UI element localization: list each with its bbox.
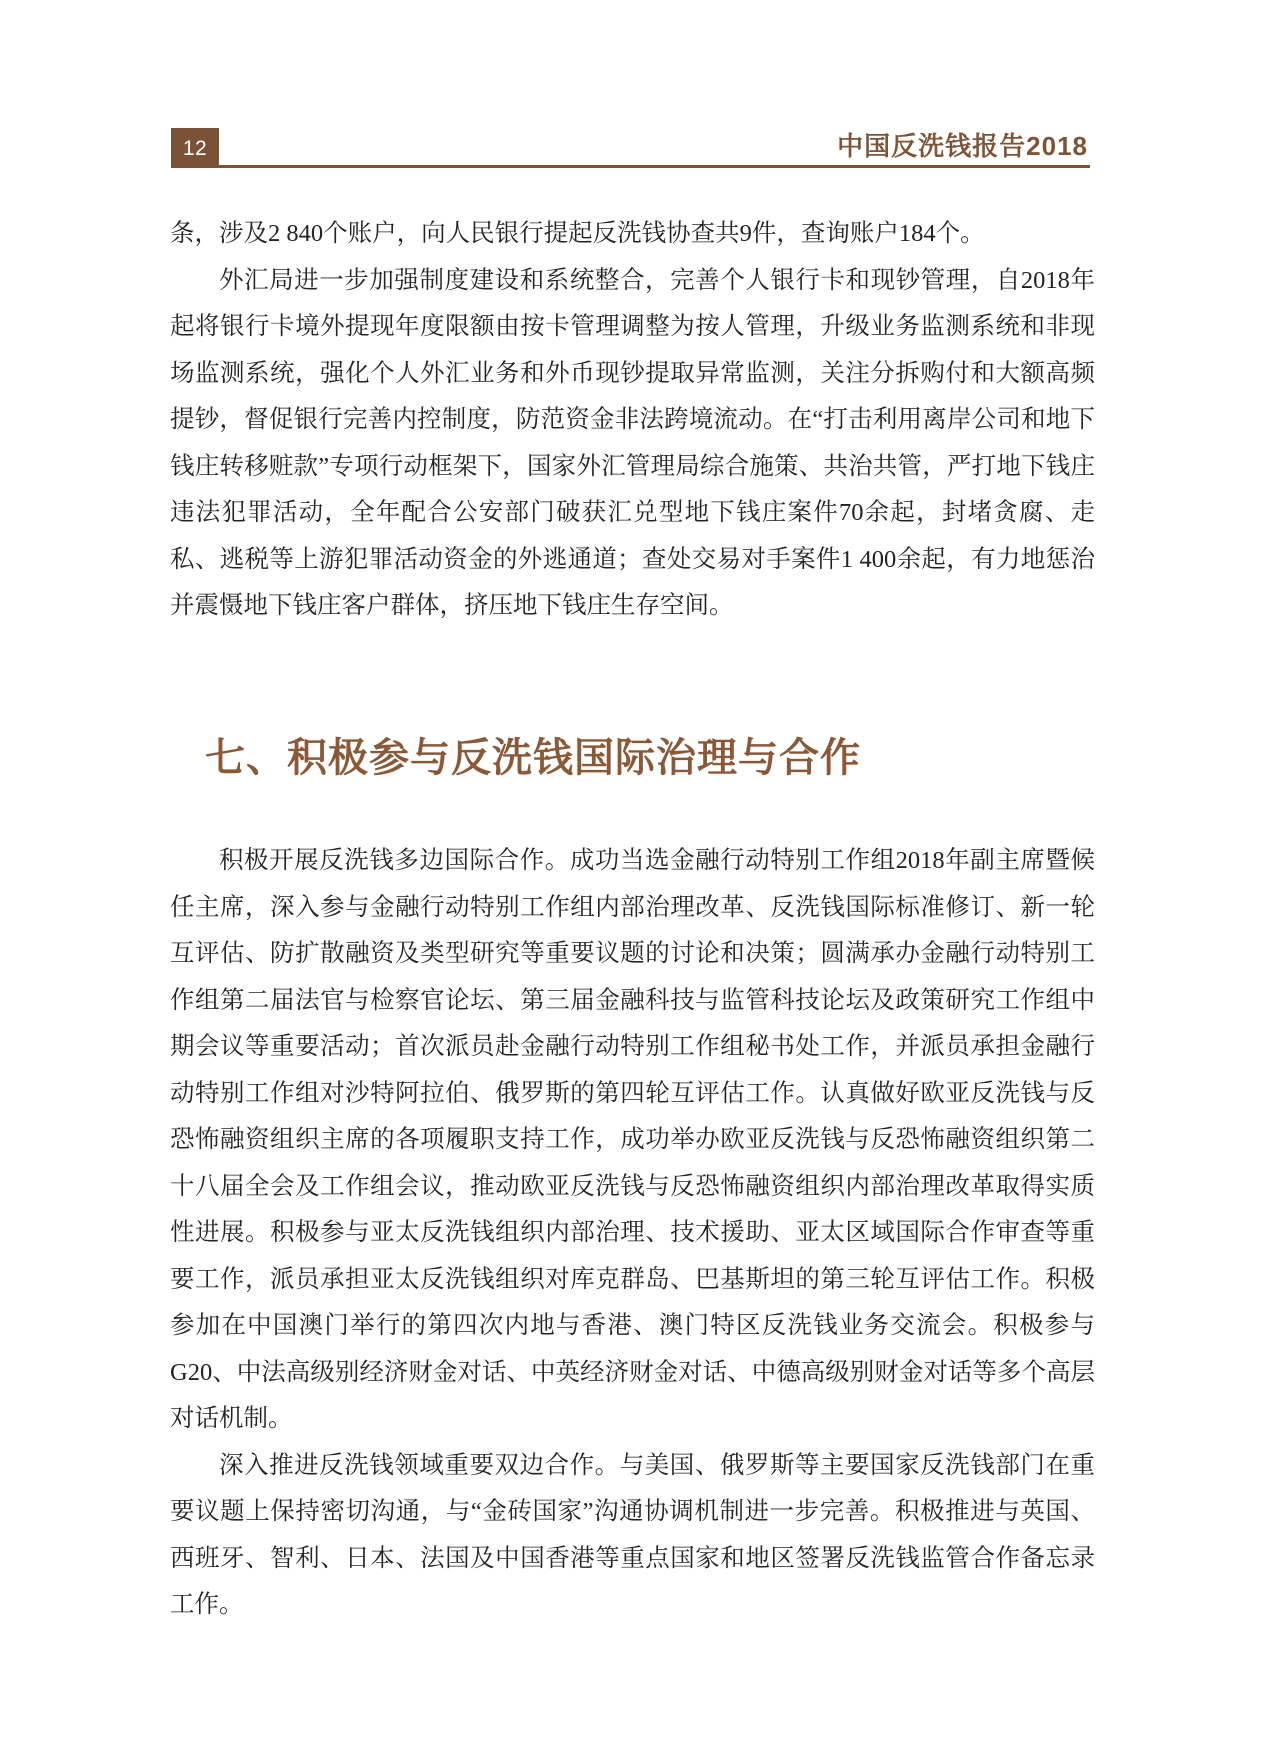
body-text-lower: 积极开展反洗钱多边国际合作。成功当选金融行动特别工作组2018年副主席暨候任主席… [170, 838, 1095, 1629]
paragraph-continuation: 条，涉及2 840个账户，向人民银行提起反洗钱协查共9件，查询账户184个。 [170, 211, 1095, 258]
page-number: 12 [183, 138, 207, 159]
paragraph-forex-administration: 外汇局进一步加强制度建设和系统整合，完善个人银行卡和现钞管理，自2018年起将银… [170, 258, 1095, 630]
paragraph-bilateral-cooperation: 深入推进反洗钱领域重要双边合作。与美国、俄罗斯等主要国家反洗钱部门在重要议题上保… [170, 1443, 1095, 1629]
report-page: 12 中国反洗钱报告2018 条，涉及2 840个账户，向人民银行提起反洗钱协查… [0, 0, 1280, 1737]
header-title: 中国反洗钱报告2018 [837, 131, 1088, 161]
paragraph-multilateral-cooperation: 积极开展反洗钱多边国际合作。成功当选金融行动特别工作组2018年副主席暨候任主席… [170, 838, 1095, 1443]
section-heading: 七、积极参与反洗钱国际治理与合作 [205, 736, 861, 780]
page-number-badge: 12 [171, 128, 219, 168]
header-rule [171, 165, 1090, 168]
body-text-upper: 条，涉及2 840个账户，向人民银行提起反洗钱协查共9件，查询账户184个。 外… [170, 211, 1095, 630]
